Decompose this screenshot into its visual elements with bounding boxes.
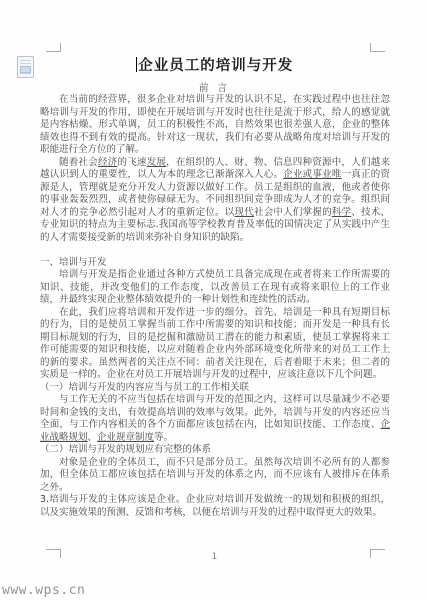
text-run: 在当前的经营界，很多企业对培训与开发的认识不足，在实践过程中也往往忽略培训与开发… [40,94,390,155]
text-run: 与工作无关的不应当包括在培训与开发的范围之内，这样可以尽量减少不必要时间和金钱的… [40,394,390,430]
document-page: 企业员工的培训与开发 前 言 在当前的经营界，很多企业对培训与开发的认识不足，在… [0,0,429,600]
document-body[interactable]: 在当前的经营界，很多企业对培训与开发的认识不足，在实践过程中也往往忽略培训与开发… [40,94,390,519]
text-run: 培训与开发是指企业通过各种方式使员工具备完成现在或者将来工作所需要的知识、技能，… [40,269,390,305]
margin-mark-top-right [370,43,385,52]
margin-mark-top-left [46,43,61,52]
page-number: 1 [0,552,429,562]
paragraph: 与工作无关的不应当包括在培训与开发的范围之内，这样可以尽量减少不必要时间和金钱的… [40,394,390,444]
paragraph: 对象是企业的全体员工，而不只是部分员工。虽然每次培训不必所有的人都参加，但全体员… [40,457,390,495]
flagged-text: 企业或事业唯 [283,169,341,180]
document-title[interactable]: 企业员工的培训与开发 [0,54,429,75]
sub-heading: （二）培训与开发的规划应有完整的体系 [40,444,390,457]
text-run: 等。 [154,432,173,443]
flagged-text: 现代 [235,207,254,218]
paragraph: 在当前的经营界，很多企业对培训与开发的认识不足，在实践过程中也往往忽略培训与开发… [40,94,390,157]
text-run: 对象是企业的全体员工，而不只是部分员工。虽然每次培训不必所有的人都参加，但全体员… [40,457,390,493]
text-run: （一）培训与开发的内容应当与员工的工作相关联 [40,382,249,393]
wps-watermark: www.wps.cn [2,583,85,598]
text-run: 一、培训与开发 [40,257,107,268]
flagged-text: 科学 [332,207,351,218]
paragraph: 在此，我们应将培训和开发作进一步的细分。首先、培训是一种具有短期目标的行为，目的… [40,307,390,382]
text-run: 社会中人们掌握的 [254,207,332,218]
paragraph: 随着社会经济的飞速发展，在组织的人、财、物、信息四种资源中，人们越来越认识到人的… [40,157,390,245]
paragraph: 培训与开发是指企业通过各种方式使员工具备完成现在或者将来工作所需要的知识、技能，… [40,269,390,307]
flagged-text: 发展 [147,157,166,168]
text-run: （二）培训与开发的规划应有完整的体系 [40,444,211,455]
paragraph: 3.培训与开发的主体应该是企业。企业应对培训开发做统一的规划和积极的组织，以及实… [40,494,390,519]
flagged-text: 经济 [98,157,117,168]
text-run: 随着社会 [59,157,98,168]
section-heading: 一、培训与开发 [40,257,390,270]
paragraph-spacer [40,244,390,257]
flagged-text: 企业规章制度 [97,432,154,443]
preface-heading: 前 言 [0,80,429,94]
text-run: 的飞速 [117,157,146,168]
title-text: 企业员工的培训与开发 [138,58,293,74]
text-run: 3.培训与开发的主体应该是企业。企业应对培训开发做统一的规划和积极的组织，以及实… [40,494,390,518]
text-run: 、 [88,432,98,443]
sub-heading: （一）培训与开发的内容应当与员工的工作相关联 [40,382,390,395]
text-run: 在此，我们应将培训和开发作进一步的细分。首先、培训是一种具有短期目标的行为，目的… [40,307,390,381]
